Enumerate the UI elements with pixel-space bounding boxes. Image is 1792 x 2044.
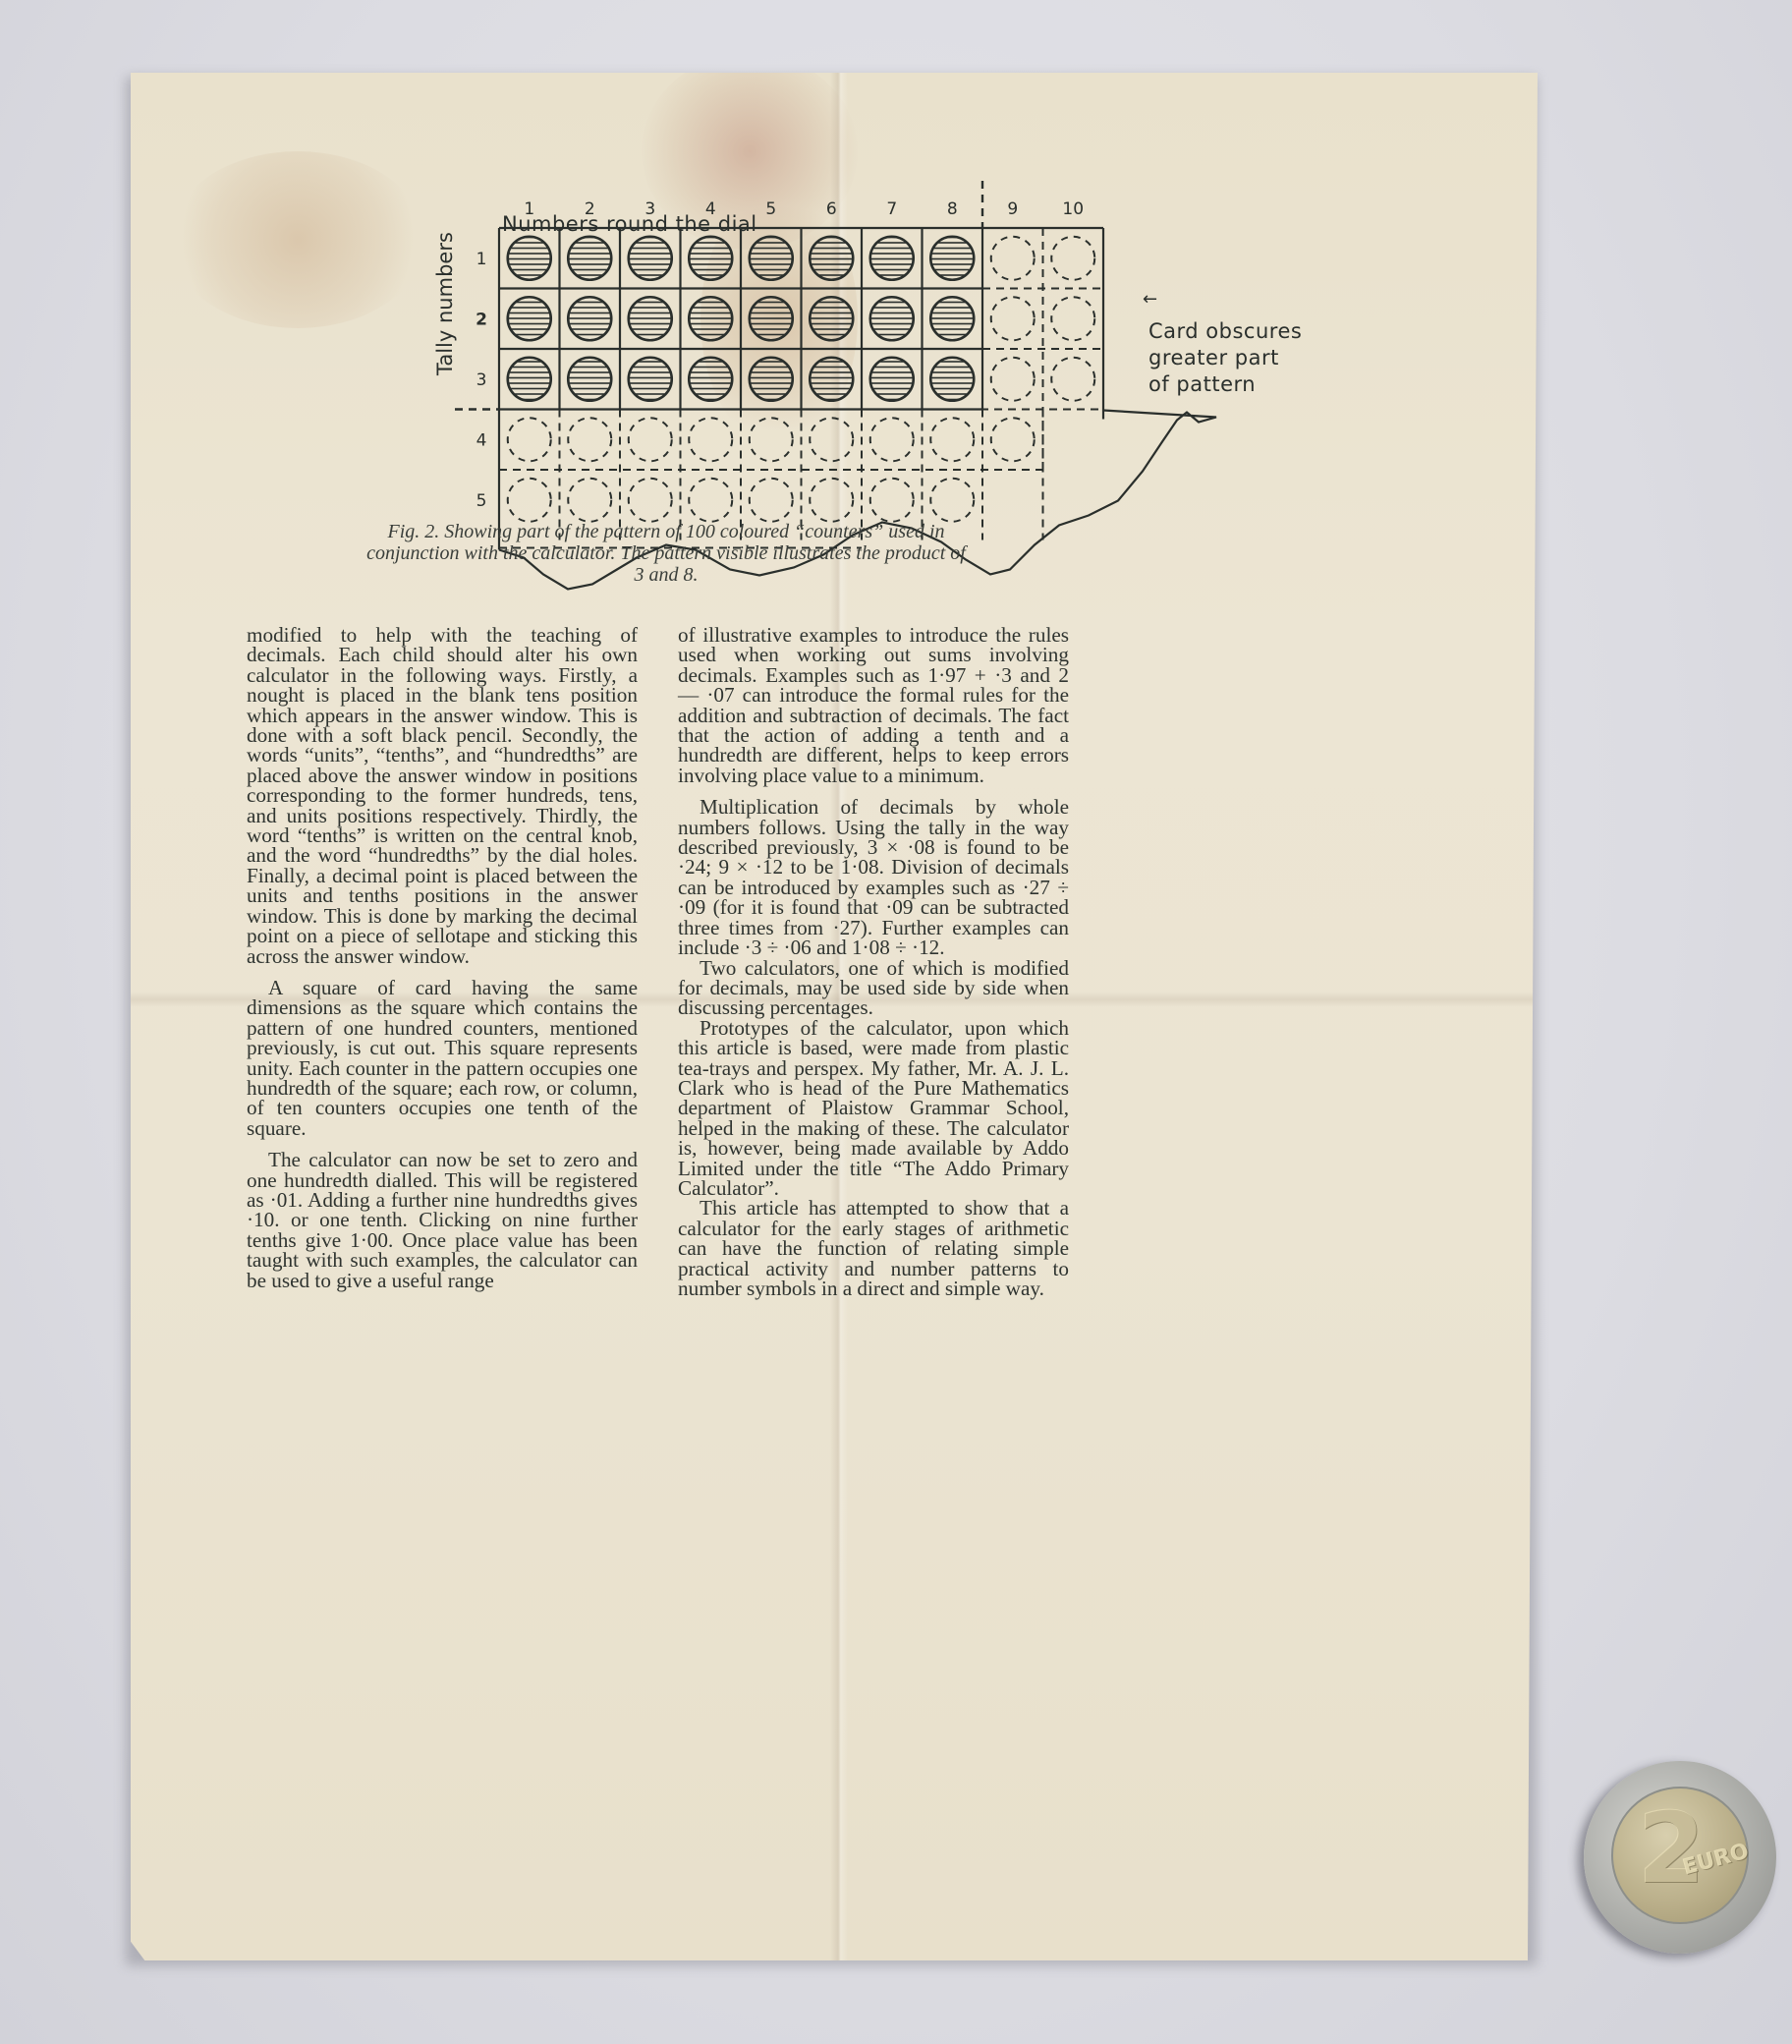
figure-caption: Fig. 2. Showing part of the pattern of 1… [366,521,966,586]
svg-text:7: 7 [886,199,897,219]
paragraph: of illustrative examples to introduce th… [678,625,1069,785]
arrow-left-icon: ← [1143,289,1157,310]
svg-text:8: 8 [947,199,958,219]
svg-text:2: 2 [476,310,487,329]
coin-denomination: 2 [1637,1790,1706,1905]
paragraph: Two calculators, one of which is modifie… [678,958,1069,1018]
svg-text:4: 4 [705,199,716,219]
svg-text:1: 1 [476,250,487,269]
paragraph: A square of card having the same dimensi… [247,978,638,1138]
article-left-column: modified to help with the teaching of de… [247,625,638,1302]
svg-text:10: 10 [1062,199,1084,219]
svg-text:3: 3 [644,199,655,219]
note-line: greater part [1148,345,1302,371]
svg-text:5: 5 [765,199,776,219]
figure-side-note: Card obscures greater part of pattern [1148,318,1302,398]
svg-text:2: 2 [585,199,595,219]
svg-text:5: 5 [476,491,487,511]
svg-text:6: 6 [826,199,837,219]
svg-text:1: 1 [524,199,534,219]
paragraph: Prototypes of the calculator, upon which… [678,1018,1069,1199]
svg-text:4: 4 [476,430,487,450]
two-euro-coin: 2 EURO [1584,1761,1776,1954]
note-line: Card obscures [1148,318,1302,345]
printed-page: Numbers round the dial 1234567891012345T… [131,73,1538,1960]
paragraph: The calculator can now be set to zero an… [247,1150,638,1290]
paragraph: This article has attempted to show that … [678,1198,1069,1298]
article-right-column: of illustrative examples to introduce th… [678,625,1069,1298]
paragraph: modified to help with the teaching of de… [247,625,638,966]
svg-text:Tally numbers: Tally numbers [433,232,457,376]
paragraph: Multiplication of decimals by whole numb… [678,797,1069,957]
svg-text:9: 9 [1007,199,1018,219]
note-line: of pattern [1148,371,1302,398]
svg-text:3: 3 [476,370,487,390]
coin-center: 2 EURO [1611,1787,1749,1924]
